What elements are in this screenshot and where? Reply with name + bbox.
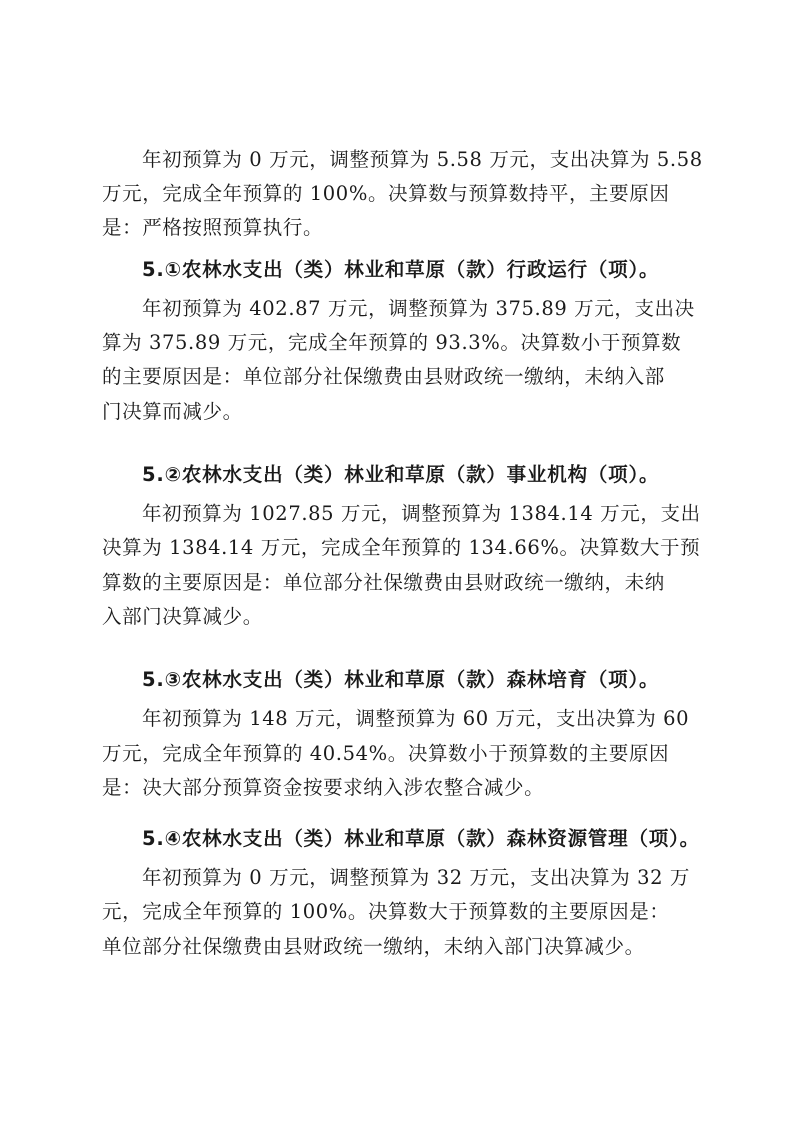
paragraph-line: 门决算而减少。 (102, 395, 692, 429)
paragraph-line: 年初预算为 0 万元，调整预算为 5.58 万元，支出决算为 5.58 (142, 143, 732, 177)
section-heading: 5.③农林水支出（类）林业和草原（款）森林培育（项）。 (142, 663, 732, 697)
paragraph-line: 年初预算为 0 万元，调整预算为 32 万元，支出决算为 32 万 (142, 861, 732, 895)
paragraph-line: 算数的主要原因是：单位部分社保缴费由县财政统一缴纳，未纳 (102, 566, 692, 600)
paragraph-line: 单位部分社保缴费由县财政统一缴纳，未纳入部门决算减少。 (102, 930, 692, 964)
document-page: 年初预算为 0 万元，调整预算为 5.58 万元，支出决算为 5.58 万元，完… (0, 0, 793, 1122)
paragraph-line: 是：决大部分预算资金按要求纳入涉农整合减少。 (102, 771, 692, 805)
paragraph-line: 算为 375.89 万元，完成全年预算的 93.3%。决算数小于预算数 (102, 326, 692, 360)
paragraph-line: 元，完成全年预算的 100%。决算数大于预算数的主要原因是： (102, 895, 692, 929)
paragraph-line: 年初预算为 402.87 万元，调整预算为 375.89 万元，支出决 (142, 292, 732, 326)
section-heading: 5.②农林水支出（类）林业和草原（款）事业机构（项）。 (142, 458, 732, 492)
paragraph-line: 万元，完成全年预算的 40.54%。决算数小于预算数的主要原因 (102, 737, 692, 771)
section-heading: 5.④农林水支出（类）林业和草原（款）森林资源管理（项）。 (142, 822, 732, 856)
paragraph-line: 决算为 1384.14 万元，完成全年预算的 134.66%。决算数大于预 (102, 531, 692, 565)
paragraph-line: 入部门决算减少。 (102, 600, 692, 634)
paragraph-line: 的主要原因是：单位部分社保缴费由县财政统一缴纳，未纳入部 (102, 360, 692, 394)
paragraph-line: 年初预算为 148 万元，调整预算为 60 万元，支出决算为 60 (142, 702, 732, 736)
paragraph-line: 万元，完成全年预算的 100%。决算数与预算数持平，主要原因 (102, 177, 692, 211)
paragraph-line: 是：严格按照预算执行。 (102, 211, 692, 245)
paragraph-line: 年初预算为 1027.85 万元，调整预算为 1384.14 万元，支出 (142, 497, 732, 531)
section-heading: 5.①农林水支出（类）林业和草原（款）行政运行（项）。 (142, 253, 732, 287)
